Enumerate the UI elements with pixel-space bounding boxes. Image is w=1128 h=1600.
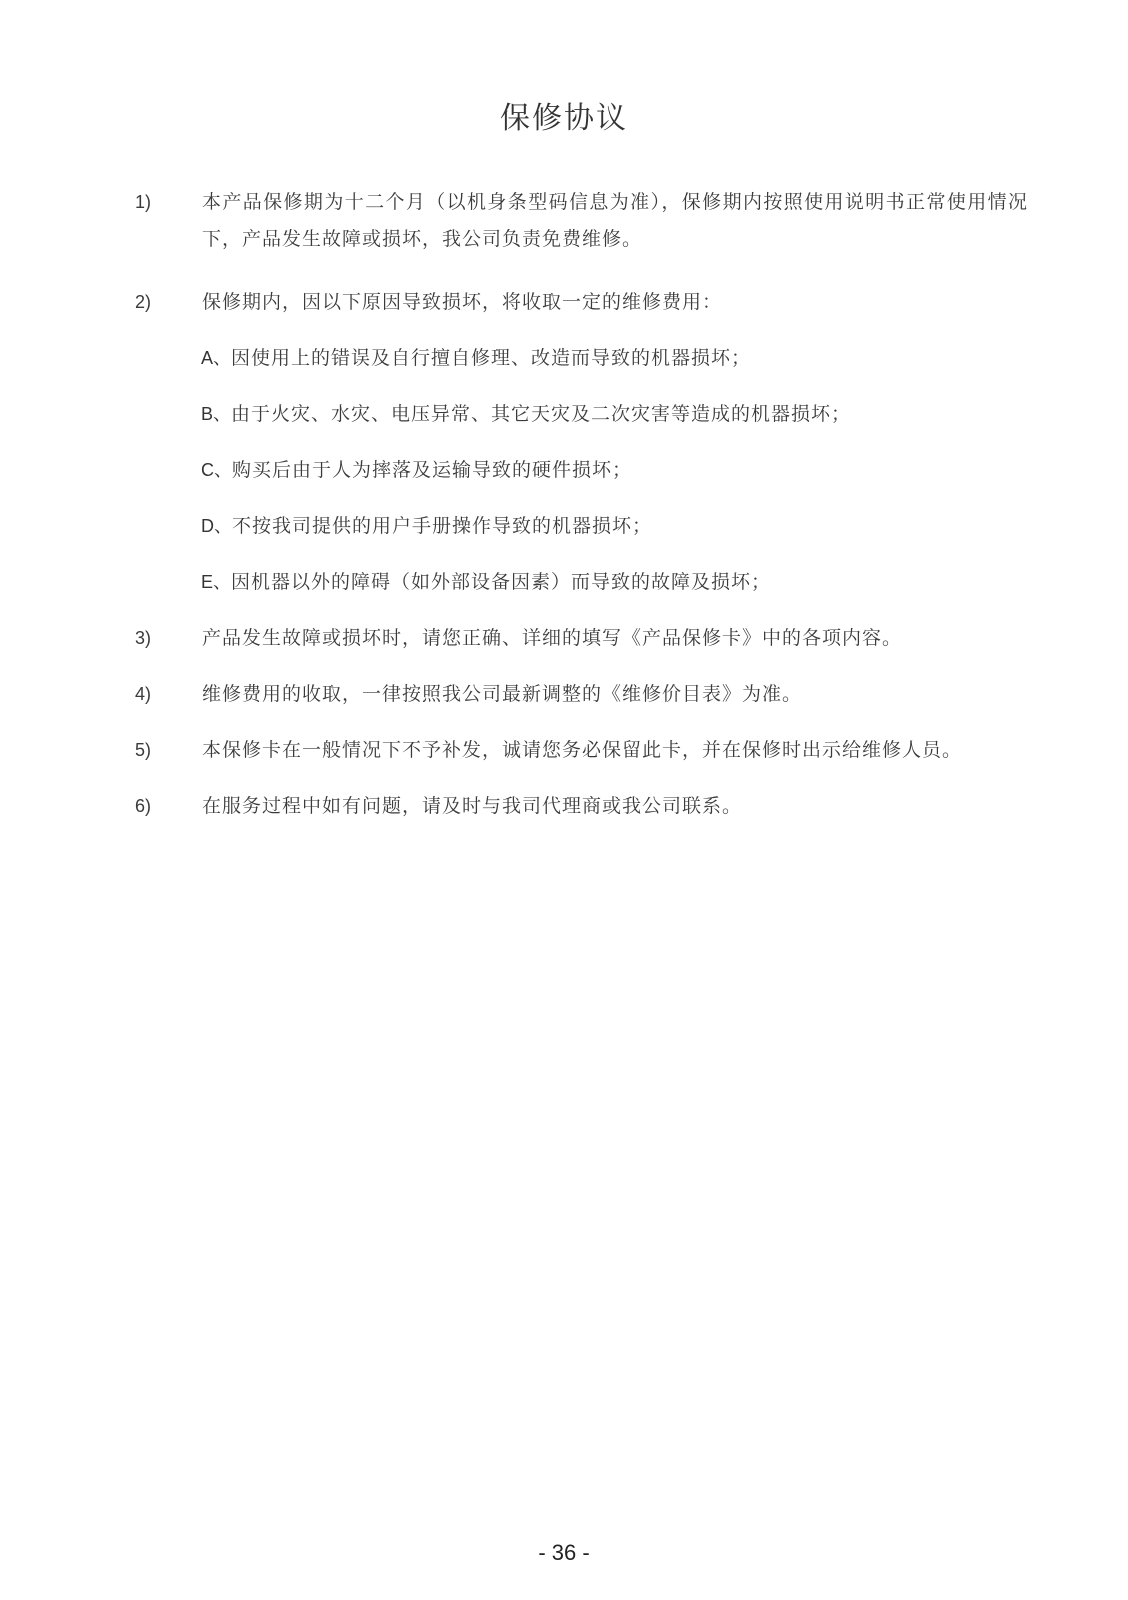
subitem-a: A、 因使用上的错误及自行擅自修理、改造而导致的机器损坏； [201, 340, 1028, 377]
item-text: 产品发生故障或损坏时，请您正确、详细的填写《产品保修卡》中的各项内容。 [202, 620, 1028, 657]
list-item-1: 1) 本产品保修期为十二个月（以机身条型码信息为准），保修期内按照使用说明书正常… [135, 184, 1028, 258]
item-text: 维修费用的收取，一律按照我公司最新调整的《维修价目表》为准。 [202, 676, 1028, 713]
subitem-text: 不按我司提供的用户手册操作导致的机器损坏； [232, 508, 1028, 545]
list-item-5: 5) 本保修卡在一般情况下不予补发，诚请您务必保留此卡，并在保修时出示给维修人员… [135, 732, 1028, 769]
page-title: 保修协议 [0, 0, 1128, 138]
subitem-label: B、 [201, 396, 231, 433]
list-item-3: 3) 产品发生故障或损坏时，请您正确、详细的填写《产品保修卡》中的各项内容。 [135, 620, 1028, 657]
item-text: 在服务过程中如有问题，请及时与我司代理商或我公司联系。 [202, 788, 1028, 825]
subitem-text: 因机器以外的障碍（如外部设备因素）而导致的故障及损坏； [231, 564, 1028, 601]
item-text: 本保修卡在一般情况下不予补发，诚请您务必保留此卡，并在保修时出示给维修人员。 [202, 732, 1028, 769]
item-text: 本产品保修期为十二个月（以机身条型码信息为准），保修期内按照使用说明书正常使用情… [202, 184, 1028, 258]
item-2-subitems: A、 因使用上的错误及自行擅自修理、改造而导致的机器损坏； B、 由于火灾、水灾… [201, 340, 1028, 601]
page-number: - 36 - [0, 1540, 1128, 1566]
subitem-e: E、 因机器以外的障碍（如外部设备因素）而导致的故障及损坏； [201, 564, 1028, 601]
item-number: 6) [135, 788, 202, 825]
subitem-d: D、 不按我司提供的用户手册操作导致的机器损坏； [201, 508, 1028, 545]
item-number: 1) [135, 184, 202, 221]
subitem-label: A、 [201, 340, 231, 377]
item-number: 5) [135, 732, 202, 769]
subitem-text: 购买后由于人为摔落及运输导致的硬件损坏； [232, 452, 1028, 489]
subitem-label: D、 [201, 508, 232, 545]
item-number: 2) [135, 284, 202, 321]
list-item-4: 4) 维修费用的收取，一律按照我公司最新调整的《维修价目表》为准。 [135, 676, 1028, 713]
warranty-terms-list: 1) 本产品保修期为十二个月（以机身条型码信息为准），保修期内按照使用说明书正常… [135, 184, 1028, 825]
list-item-2: 2) 保修期内，因以下原因导致损坏，将收取一定的维修费用： [135, 284, 1028, 321]
subitem-label: E、 [201, 564, 231, 601]
subitem-text: 由于火灾、水灾、电压异常、其它天灾及二次灾害等造成的机器损坏； [231, 396, 1028, 433]
subitem-label: C、 [201, 452, 232, 489]
subitem-text: 因使用上的错误及自行擅自修理、改造而导致的机器损坏； [231, 340, 1028, 377]
subitem-b: B、 由于火灾、水灾、电压异常、其它天灾及二次灾害等造成的机器损坏； [201, 396, 1028, 433]
warranty-agreement-page: 保修协议 1) 本产品保修期为十二个月（以机身条型码信息为准），保修期内按照使用… [0, 0, 1128, 1600]
item-text: 保修期内，因以下原因导致损坏，将收取一定的维修费用： [202, 284, 1028, 321]
subitem-c: C、 购买后由于人为摔落及运输导致的硬件损坏； [201, 452, 1028, 489]
item-number: 4) [135, 676, 202, 713]
item-number: 3) [135, 620, 202, 657]
list-item-6: 6) 在服务过程中如有问题，请及时与我司代理商或我公司联系。 [135, 788, 1028, 825]
